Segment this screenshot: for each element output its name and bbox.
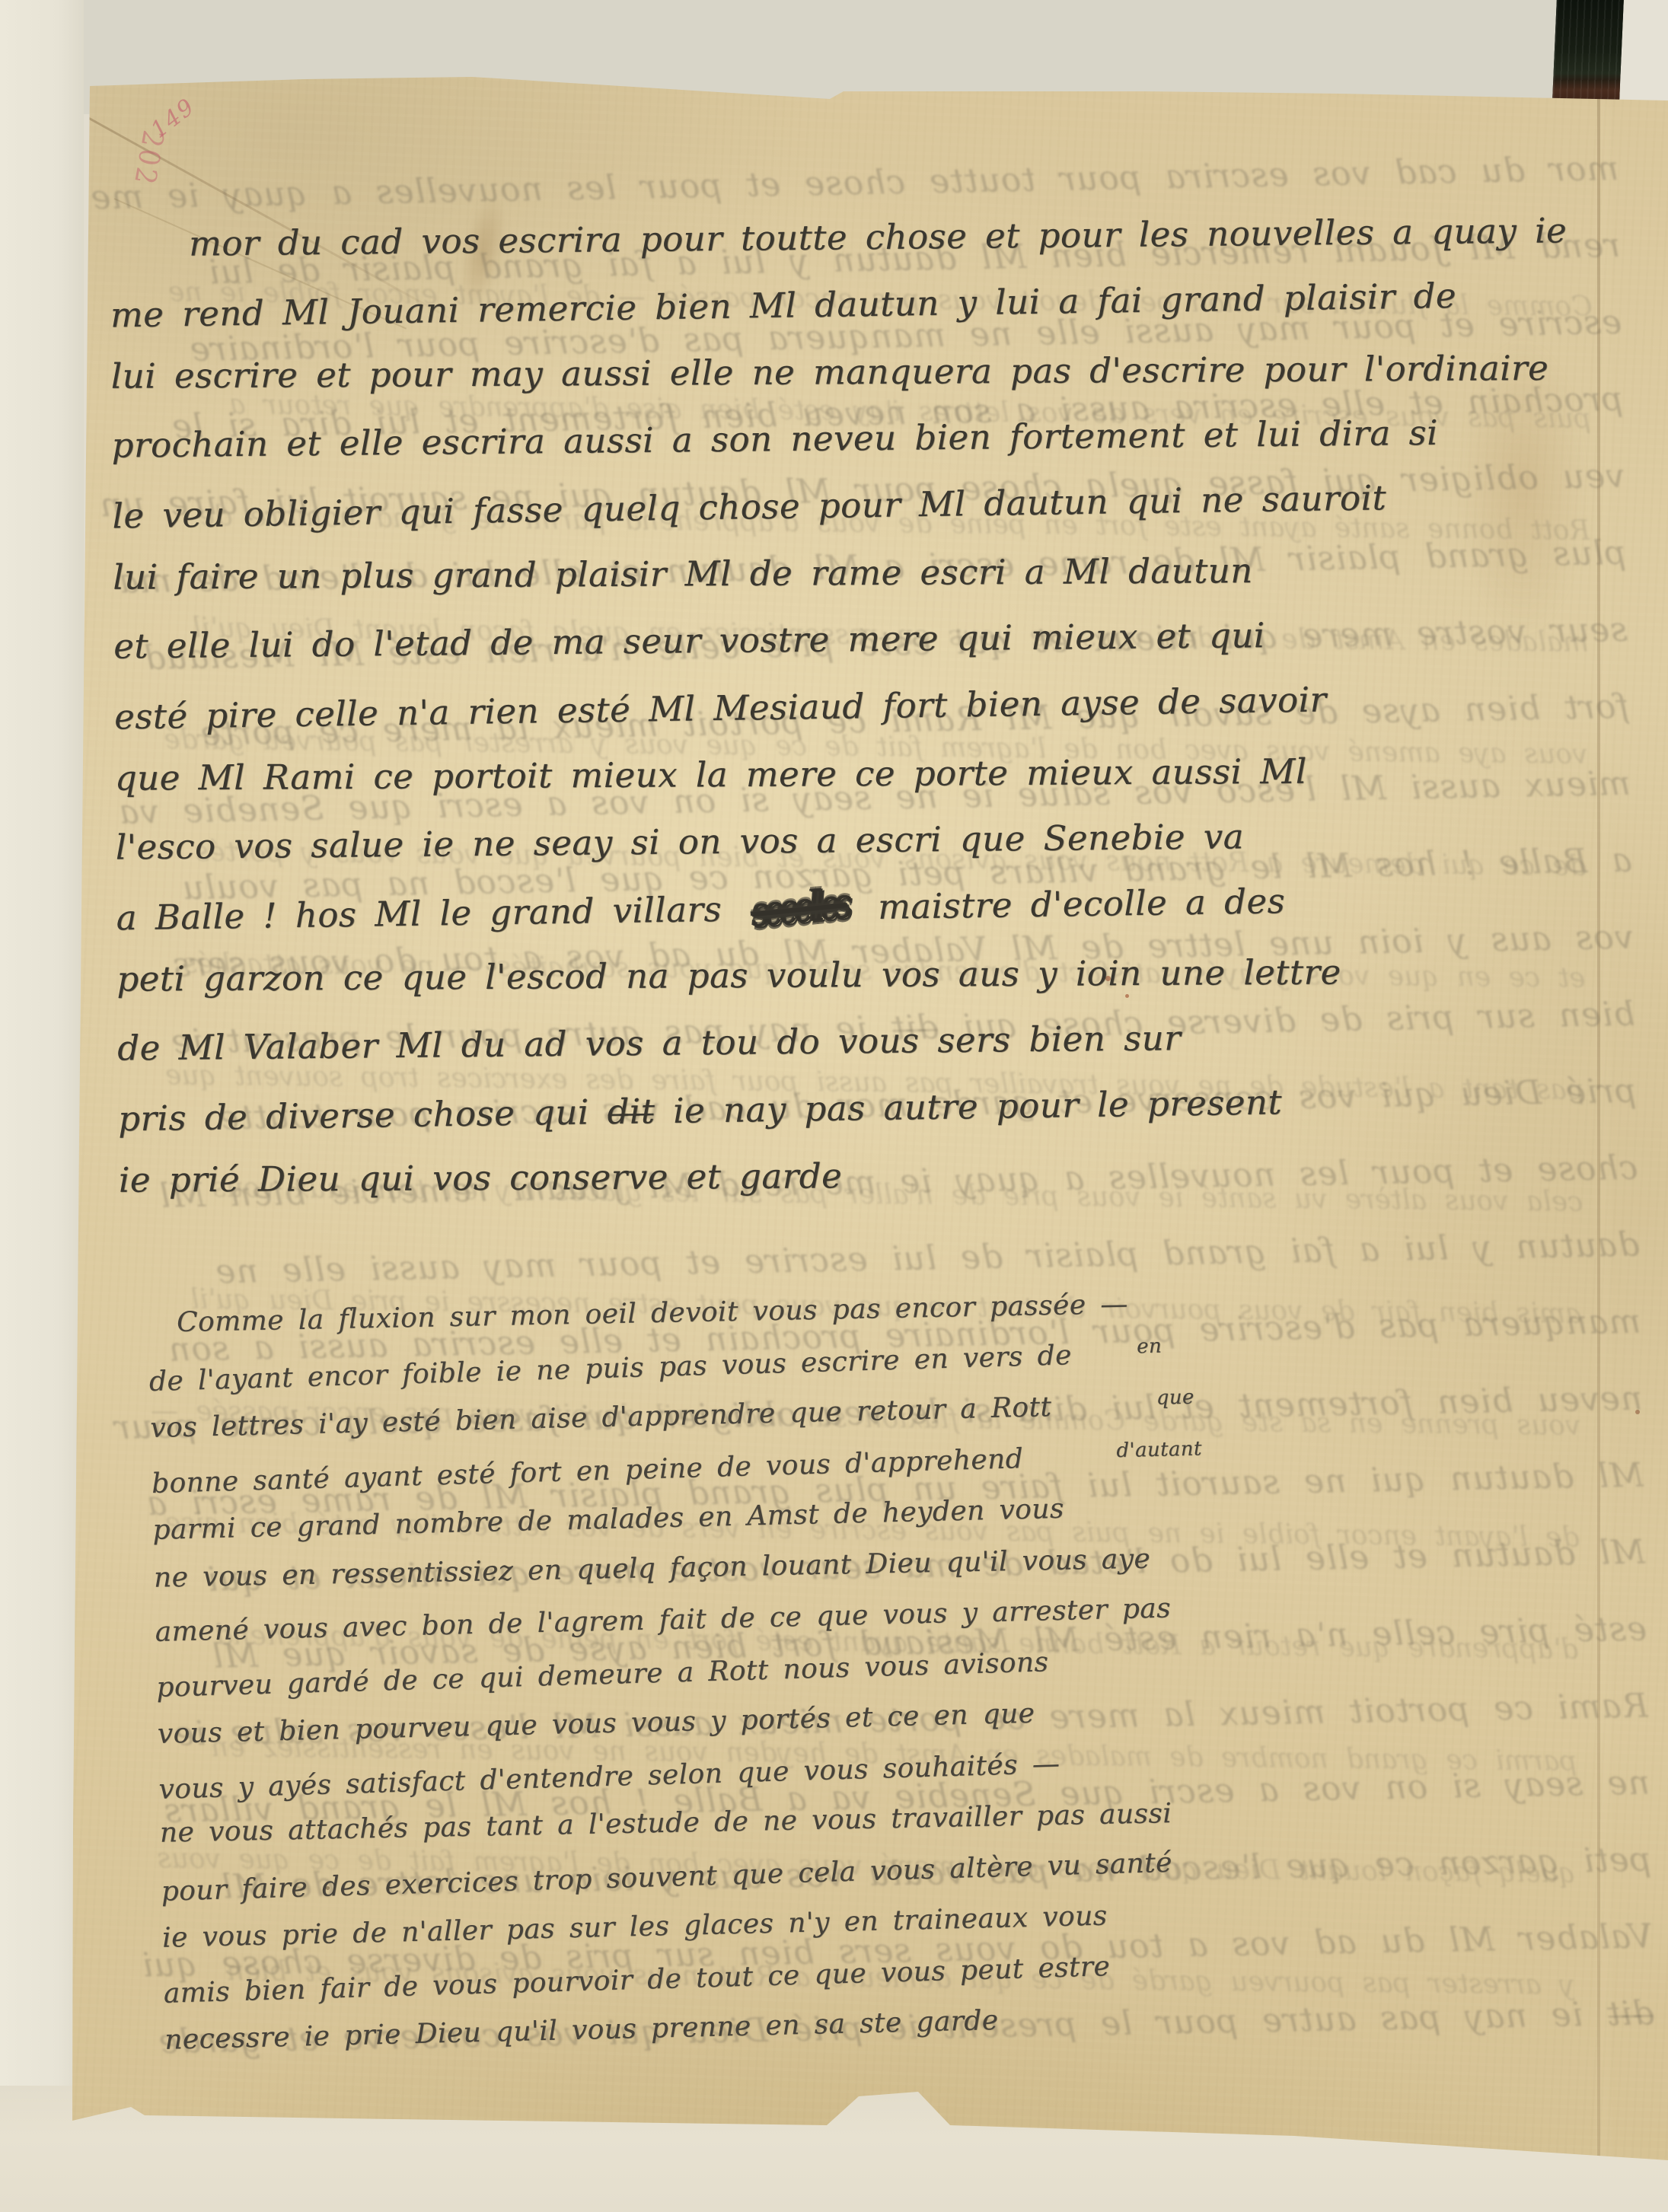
letter-line: peti garzon ce que l'escod na pas voulu …	[116, 937, 1635, 1012]
letter-line: que Ml Rami ce portoit mieux la mere ce …	[115, 736, 1634, 811]
interlinear-insertion: en	[1136, 1321, 1162, 1373]
scribbled-out-word: seeelles	[749, 864, 850, 954]
letter-line: ie prié Dieu qui vos conserve et garde	[119, 1138, 1638, 1213]
manuscript-scan: 149 202 mor du cad vos escrira pour tout…	[0, 0, 1668, 2212]
interlinear-insertion: que	[1156, 1372, 1195, 1424]
letter-line: lui faire un plus grand plaisir Ml de ra…	[113, 535, 1631, 610]
scanner-background-top-right	[1620, 0, 1668, 114]
letter-paragraph-2: Comme la fluxion sur mon oeil devoit vou…	[147, 1266, 1641, 2065]
letter-paragraph-1: mor du cad vos escrira pour toutte chose…	[110, 196, 1638, 1216]
letter-line-fragment: a Balle ! hos Ml le grand villars	[116, 889, 722, 939]
scanner-background-left	[0, 0, 84, 2212]
letter-sheet: 149 202 mor du cad vos escrira pour tout…	[0, 0, 1668, 2212]
interlinear-insertion: d'autant	[1116, 1423, 1203, 1477]
letter-line-fragment: maistre d'ecolle a des	[878, 881, 1286, 927]
letter-line: lui escrire et pour may aussi elle ne ma…	[111, 334, 1630, 410]
bookmark-ribbon	[1552, 0, 1624, 104]
